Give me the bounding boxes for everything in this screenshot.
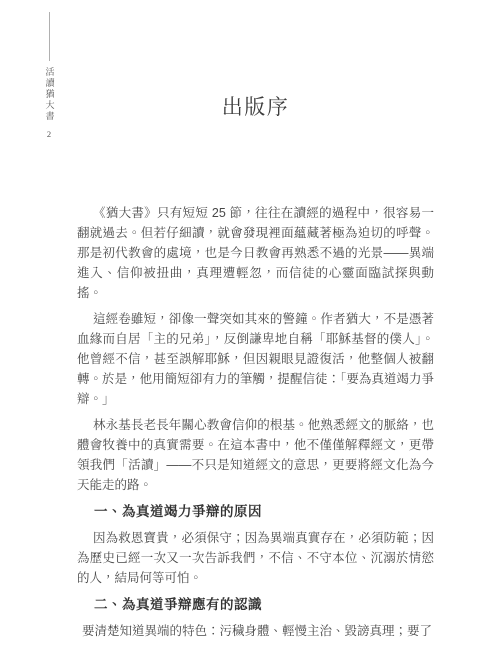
spine-running-header: 活讀猶大書 2 xyxy=(38,12,60,139)
intro-paragraph-2: 這經卷雖短，卻像一聲突如其來的警鐘。作者猶大，不是憑著血緣而自居「主的兄弟」，反… xyxy=(77,309,434,409)
section-paragraph-2: 要清楚知道異端的特色：污穢身體、輕慢主治、毀謗真理；要了 xyxy=(77,621,434,641)
intro-paragraph-1: 《猶大書》只有短短 25 節，往往在讀經的過程中，很容易一翻就過去。但若仔細讀，… xyxy=(77,203,434,303)
section-heading-2: 二、為真道爭辯應有的認識 xyxy=(77,595,434,615)
section-heading-1: 一、為真道竭力爭辯的原因 xyxy=(77,502,434,522)
intro-paragraph-3: 林永基長老長年關心教會信仰的根基。他熟悉經文的脈絡，也體會牧養中的真實需要。在這… xyxy=(77,415,434,495)
page-title: 出版序 xyxy=(77,95,434,121)
spine-book-title: 活讀猶大書 xyxy=(45,67,54,122)
book-page: 活讀猶大書 2 出版序 《猶大書》只有短短 25 節，往往在讀經的過程中，很容易… xyxy=(0,0,500,650)
text-column: 出版序 《猶大書》只有短短 25 節，往往在讀經的過程中，很容易一翻就過去。但若… xyxy=(77,0,434,641)
section-paragraph-1: 因為救恩寶貴，必須保守；因為異端真實存在，必須防範；因為歷史已經一次又一次告訴我… xyxy=(77,528,434,588)
spine-page-number: 2 xyxy=(47,129,51,139)
spine-rule-line xyxy=(49,12,50,61)
